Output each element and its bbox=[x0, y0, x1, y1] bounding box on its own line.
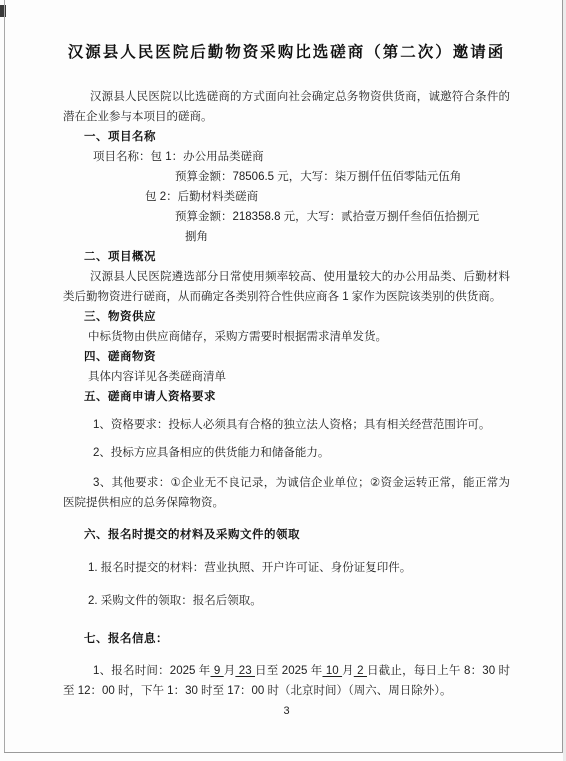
goods-text: 具体内容详见各类磋商清单 bbox=[88, 367, 510, 387]
reg-end-day: 2 bbox=[354, 665, 367, 677]
section-heading-goods: 四、磋商物资 bbox=[84, 347, 510, 367]
document-content: 汉源县人民医院后勤物资采购比选磋商（第二次）邀请函 汉源县人民医院以比选磋商的方… bbox=[0, 0, 566, 721]
scanned-document-page: 汉源县人民医院后勤物资采购比选磋商（第二次）邀请函 汉源县人民医院以比选磋商的方… bbox=[0, 0, 566, 761]
materials-item-2: 2. 采购文件的领取：报名后领取。 bbox=[63, 591, 510, 611]
reg-time-text: 1、报名时间：2025 年 bbox=[93, 665, 211, 677]
reg-start-month: 9 bbox=[211, 665, 224, 677]
qualification-item-3: 3、其他要求：①企业无不良记录，为诚信企业单位；②资金运转正常，能正常为医院提供… bbox=[63, 473, 510, 513]
section-heading-qualifications: 五、磋商申请人资格要求 bbox=[84, 387, 510, 407]
supply-text: 中标货物由供应商储存，采购方需要时根据需求清单发货。 bbox=[88, 327, 510, 347]
qualification-item-1: 1、资格要求：投标人必须具有合格的独立法人资格；具有相关经营范围许可。 bbox=[63, 415, 510, 435]
reg-time-text: 月 bbox=[224, 665, 236, 677]
budget-package1: 预算金额：78506.5 元，大写：柒万捌仟伍佰零陆元伍角 bbox=[175, 167, 510, 187]
materials-item-1: 1. 报名时提交的材料：营业执照、开户许可证、身份证复印件。 bbox=[63, 558, 510, 578]
section-heading-registration-info: 七、报名信息： bbox=[84, 629, 510, 649]
qualification-item-2: 2、投标方应具备相应的供货能力和储备能力。 bbox=[63, 443, 510, 463]
registration-time-paragraph: 1、报名时间：2025 年 9 月 23 日至 2025 年 10 月 2 日截… bbox=[63, 661, 510, 701]
page-number: 3 bbox=[63, 701, 510, 721]
project-name-package2: 包 2：后勤材料类磋商 bbox=[145, 187, 510, 207]
project-name-package1: 项目名称：包 1：办公用品类磋商 bbox=[93, 147, 510, 167]
document-title: 汉源县人民医院后勤物资采购比选磋商（第二次）邀请函 bbox=[63, 42, 510, 63]
reg-start-day: 23 bbox=[235, 665, 255, 677]
section-heading-project-name: 一、项目名称 bbox=[84, 127, 510, 147]
section-heading-materials: 六、报名时提交的材料及采购文件的领取 bbox=[84, 525, 510, 545]
reg-time-text: 月 bbox=[342, 665, 354, 677]
reg-time-text: 日至 2025 年 bbox=[255, 665, 322, 677]
scan-edge-bottom bbox=[4, 752, 563, 753]
budget-package2-continued: 捌角 bbox=[185, 227, 510, 247]
budget-package2: 预算金额：218358.8 元，大写：贰拾壹万捌仟叁佰伍拾捌元 bbox=[175, 207, 510, 227]
reg-end-month: 10 bbox=[322, 665, 342, 677]
section-heading-project-overview: 二、项目概况 bbox=[84, 247, 510, 267]
section-heading-supply: 三、物资供应 bbox=[84, 307, 510, 327]
intro-paragraph: 汉源县人民医院以比选磋商的方式面向社会确定总务物资供货商，诚邀符合条件的潜在企业… bbox=[63, 87, 510, 127]
project-overview-paragraph: 汉源县人民医院遴选部分日常使用频率较高、使用量较大的办公用品类、后勤材料类后勤物… bbox=[63, 267, 510, 307]
